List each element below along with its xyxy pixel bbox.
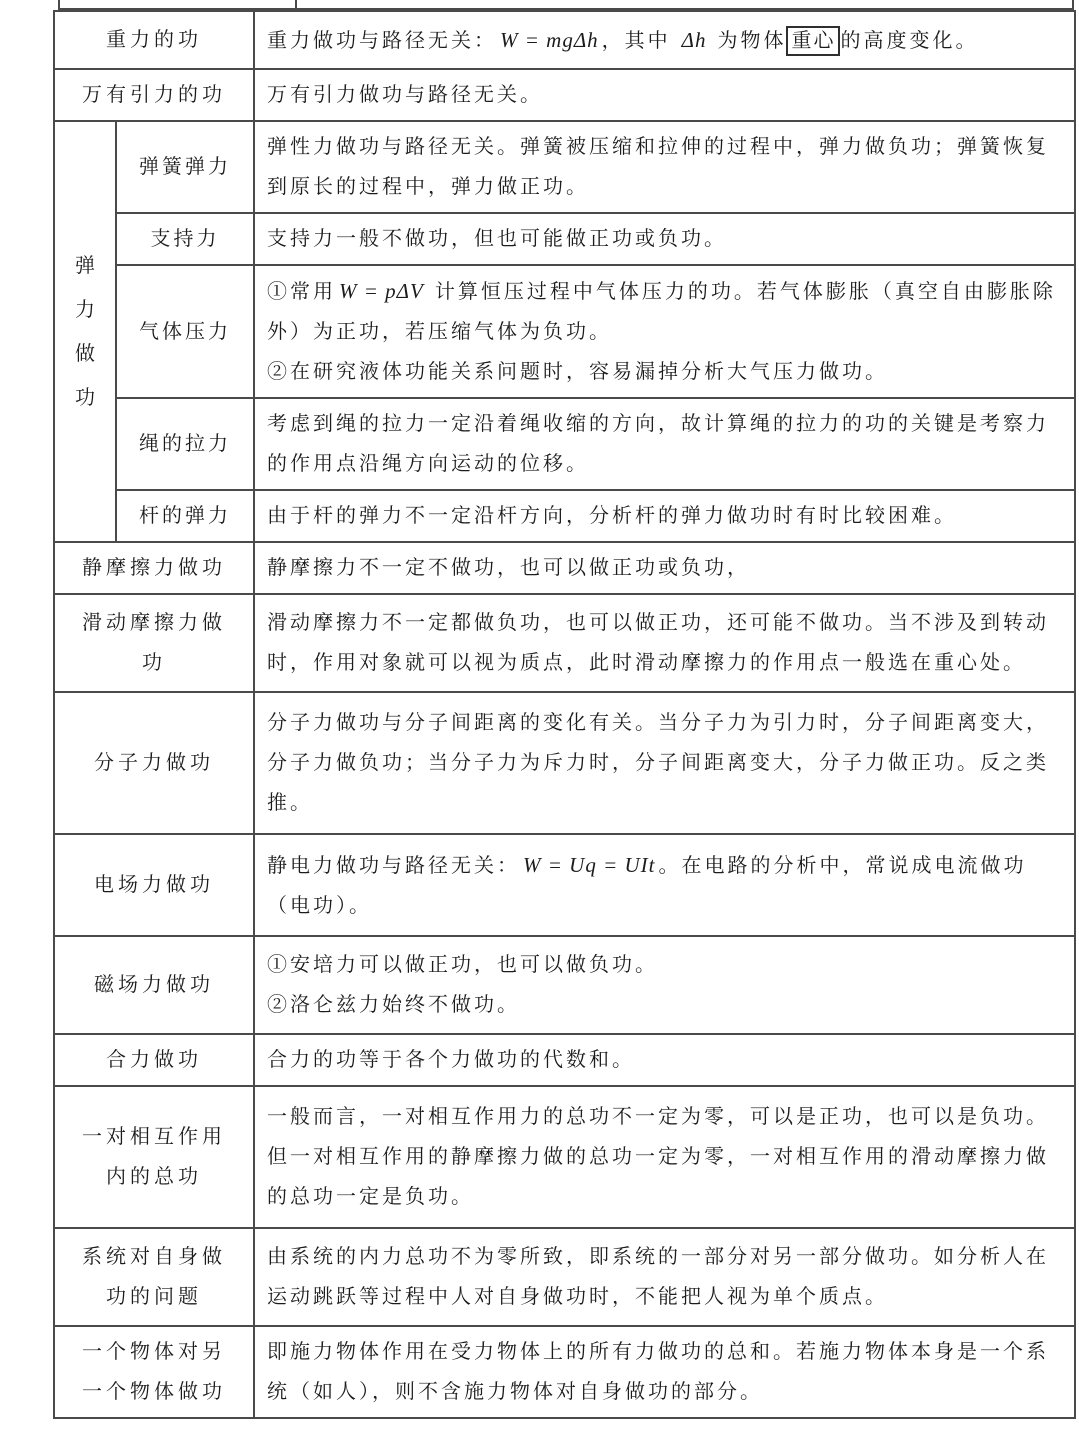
content-paragraph: ①安培力可以做正功，也可以做负功。	[267, 945, 1066, 985]
content-text: 静电力做功与路径无关：	[267, 855, 520, 877]
content-text: 静摩擦力不一定不做功，也可以做正功或负功，	[267, 557, 750, 579]
elastic-group-header: 弹力做功	[54, 121, 116, 542]
content-paragraph: 合力的功等于各个力做功的代数和。	[267, 1040, 1066, 1080]
content-text: 合力的功等于各个力做功的代数和。	[267, 1049, 635, 1071]
physics-formula: Δh	[679, 28, 710, 52]
row-header-gas-pressure: 气体压力	[116, 265, 254, 398]
work-types-table: 重力的功重力做功与路径无关：W = mgΔh，其中 Δh 为物体重心的高度变化。…	[53, 10, 1076, 1419]
content-text: 考虑到绳的拉力一定沿着绳收缩的方向，故计算绳的拉力的功的关键是考察力的作用点沿绳…	[267, 413, 1049, 475]
content-text: 支持力一般不做功，但也可能做正功或负功。	[267, 228, 727, 250]
content-text: 的高度变化。	[840, 30, 978, 52]
content-text: ②在研究液体功能关系问题时，容易漏掉分析大气压力做功。	[267, 361, 888, 383]
content-text: 分子力做功与分子间距离的变化有关。当分子力为引力时，分子间距离变大，分子力做负功…	[267, 712, 1049, 814]
row-header-rope-tension: 绳的拉力	[116, 398, 254, 490]
row-content-electric-force-work: 静电力做功与路径无关：W = Uq = UIt。在电路的分析中，常说成电流做功（…	[254, 834, 1075, 936]
row-content-rope-tension: 考虑到绳的拉力一定沿着绳收缩的方向，故计算绳的拉力的功的关键是考察力的作用点沿绳…	[254, 398, 1075, 490]
content-paragraph: 由系统的内力总功不为零所致，即系统的一部分对另一部分做功。如分析人在运动跳跃等过…	[267, 1237, 1066, 1317]
row-content-interaction-pair-total-work: 一般而言，一对相互作用力的总功不一定为零，可以是正功，也可以是负功。但一对相互作…	[254, 1086, 1075, 1228]
elastic-group-header-char: 弹	[55, 244, 115, 288]
content-text: 弹性力做功与路径无关。弹簧被压缩和拉伸的过程中，弹力做负功；弹簧恢复到原长的过程…	[267, 136, 1049, 198]
row-header-molecular-force-work: 分子力做功	[54, 692, 254, 834]
row-header-sliding-friction-work: 滑动摩擦力做功	[54, 594, 254, 692]
row-content-magnetic-force-work: ①安培力可以做正功，也可以做负功。②洛仑兹力始终不做功。	[254, 936, 1075, 1034]
content-paragraph: 静摩擦力不一定不做功，也可以做正功或负功，	[267, 548, 1066, 588]
content-text: 一般而言，一对相互作用力的总功不一定为零，可以是正功，也可以是负功。但一对相互作…	[267, 1106, 1049, 1208]
table-row-magnetic-force-work: 磁场力做功①安培力可以做正功，也可以做负功。②洛仑兹力始终不做功。	[54, 936, 1075, 1034]
physics-formula: W = Uq = UIt	[520, 853, 659, 877]
row-content-universal-gravitation-work: 万有引力做功与路径无关。	[254, 69, 1075, 121]
content-text: 万有引力做功与路径无关。	[267, 84, 543, 106]
content-text: 重力做功与路径无关：	[267, 30, 497, 52]
content-paragraph: 万有引力做功与路径无关。	[267, 75, 1066, 115]
content-text: ①常用	[267, 281, 336, 303]
row-content-static-friction-work: 静摩擦力不一定不做功，也可以做正功或负功，	[254, 542, 1075, 594]
row-content-spring-force: 弹性力做功与路径无关。弹簧被压缩和拉伸的过程中，弹力做负功；弹簧恢复到原长的过程…	[254, 121, 1075, 213]
row-header-rod-force: 杆的弹力	[116, 490, 254, 542]
content-paragraph: 一般而言，一对相互作用力的总功不一定为零，可以是正功，也可以是负功。但一对相互作…	[267, 1097, 1066, 1217]
row-content-gravity-work: 重力做功与路径无关：W = mgΔh，其中 Δh 为物体重心的高度变化。	[254, 11, 1075, 69]
content-paragraph: ①常用W = pΔV 计算恒压过程中气体压力的功。若气体膨胀（真空自由膨胀除外）…	[267, 271, 1066, 352]
table-row-static-friction-work: 静摩擦力做功静摩擦力不一定不做功，也可以做正功或负功，	[54, 542, 1075, 594]
cropped-row-right-border	[1072, 0, 1074, 8]
table-row-system-self-work: 系统对自身做功的问题由系统的内力总功不为零所致，即系统的一部分对另一部分做功。如…	[54, 1228, 1075, 1326]
row-content-molecular-force-work: 分子力做功与分子间距离的变化有关。当分子力为引力时，分子间距离变大，分子力做负功…	[254, 692, 1075, 834]
cropped-row-divider	[295, 0, 297, 8]
table-row-gravity-work: 重力的功重力做功与路径无关：W = mgΔh，其中 Δh 为物体重心的高度变化。	[54, 11, 1075, 69]
row-content-support-force: 支持力一般不做功，但也可能做正功或负功。	[254, 213, 1075, 265]
row-content-system-self-work: 由系统的内力总功不为零所致，即系统的一部分对另一部分做功。如分析人在运动跳跃等过…	[254, 1228, 1075, 1326]
row-header-magnetic-force-work: 磁场力做功	[54, 936, 254, 1034]
content-text: 滑动摩擦力不一定都做负功，也可以做正功，还可能不做功。当不涉及到转动时，作用对象…	[267, 612, 1049, 674]
content-paragraph: 滑动摩擦力不一定都做负功，也可以做正功，还可能不做功。当不涉及到转动时，作用对象…	[267, 603, 1066, 683]
table-row-rod-force: 杆的弹力由于杆的弹力不一定沿杆方向，分析杆的弹力做功时有时比较困难。	[54, 490, 1075, 542]
content-text: 即施力物体作用在受力物体上的所有力做功的总和。若施力物体本身是一个系统（如人），…	[267, 1341, 1049, 1403]
row-content-rod-force: 由于杆的弹力不一定沿杆方向，分析杆的弹力做功时有时比较困难。	[254, 490, 1075, 542]
table-row-rope-tension: 绳的拉力考虑到绳的拉力一定沿着绳收缩的方向，故计算绳的拉力的功的关键是考察力的作…	[54, 398, 1075, 490]
content-text: 由于杆的弹力不一定沿杆方向，分析杆的弹力做功时有时比较困难。	[267, 505, 957, 527]
content-paragraph: 由于杆的弹力不一定沿杆方向，分析杆的弹力做功时有时比较困难。	[267, 496, 1066, 536]
row-header-universal-gravitation-work: 万有引力的功	[54, 69, 254, 121]
row-header-support-force: 支持力	[116, 213, 254, 265]
row-content-gas-pressure: ①常用W = pΔV 计算恒压过程中气体压力的功。若气体膨胀（真空自由膨胀除外）…	[254, 265, 1075, 398]
row-content-net-force-work: 合力的功等于各个力做功的代数和。	[254, 1034, 1075, 1086]
row-header-net-force-work: 合力做功	[54, 1034, 254, 1086]
row-content-object-on-object-work: 即施力物体作用在受力物体上的所有力做功的总和。若施力物体本身是一个系统（如人），…	[254, 1326, 1075, 1418]
content-paragraph: ②洛仑兹力始终不做功。	[267, 985, 1066, 1025]
elastic-group-header-char: 力	[55, 288, 115, 332]
content-paragraph: 重力做功与路径无关：W = mgΔh，其中 Δh 为物体重心的高度变化。	[267, 20, 1066, 61]
table-row-electric-force-work: 电场力做功静电力做功与路径无关：W = Uq = UIt。在电路的分析中，常说成…	[54, 834, 1075, 936]
content-paragraph: 弹性力做功与路径无关。弹簧被压缩和拉伸的过程中，弹力做负功；弹簧恢复到原长的过程…	[267, 127, 1066, 207]
content-text: 由系统的内力总功不为零所致，即系统的一部分对另一部分做功。如分析人在运动跳跃等过…	[267, 1246, 1049, 1308]
table-row-interaction-pair-total-work: 一对相互作用内的总功一般而言，一对相互作用力的总功不一定为零，可以是正功，也可以…	[54, 1086, 1075, 1228]
row-header-spring-force: 弹簧弹力	[116, 121, 254, 213]
content-paragraph: ②在研究液体功能关系问题时，容易漏掉分析大气压力做功。	[267, 352, 1066, 392]
content-paragraph: 即施力物体作用在受力物体上的所有力做功的总和。若施力物体本身是一个系统（如人），…	[267, 1332, 1066, 1412]
row-header-electric-force-work: 电场力做功	[54, 834, 254, 936]
row-header-system-self-work: 系统对自身做功的问题	[54, 1228, 254, 1326]
table-row-object-on-object-work: 一个物体对另一个物体做功即施力物体作用在受力物体上的所有力做功的总和。若施力物体…	[54, 1326, 1075, 1418]
elastic-group-header-char: 做	[55, 332, 115, 376]
physics-formula: W = pΔV	[336, 279, 427, 303]
content-text: ①安培力可以做正功，也可以做负功。	[267, 954, 658, 976]
row-header-interaction-pair-total-work: 一对相互作用内的总功	[54, 1086, 254, 1228]
row-content-sliding-friction-work: 滑动摩擦力不一定都做负功，也可以做正功，还可能不做功。当不涉及到转动时，作用对象…	[254, 594, 1075, 692]
content-text: 为物体	[709, 30, 786, 52]
table-top-cropped-row	[58, 0, 1074, 10]
document-page: 重力的功重力做功与路径无关：W = mgΔh，其中 Δh 为物体重心的高度变化。…	[0, 0, 1079, 1432]
content-paragraph: 考虑到绳的拉力一定沿着绳收缩的方向，故计算绳的拉力的功的关键是考察力的作用点沿绳…	[267, 404, 1066, 484]
content-text: ，其中	[602, 30, 679, 52]
elastic-group-header-char: 功	[55, 376, 115, 420]
cropped-row-left-border	[58, 0, 60, 8]
work-table-body: 重力的功重力做功与路径无关：W = mgΔh，其中 Δh 为物体重心的高度变化。…	[54, 11, 1075, 1418]
table-row-support-force: 支持力支持力一般不做功，但也可能做正功或负功。	[54, 213, 1075, 265]
physics-formula: W = mgΔh	[497, 28, 602, 52]
table-row-spring-force: 弹力做功弹簧弹力弹性力做功与路径无关。弹簧被压缩和拉伸的过程中，弹力做负功；弹簧…	[54, 121, 1075, 213]
boxed-term: 重心	[786, 26, 840, 56]
table-row-universal-gravitation-work: 万有引力的功万有引力做功与路径无关。	[54, 69, 1075, 121]
content-paragraph: 支持力一般不做功，但也可能做正功或负功。	[267, 219, 1066, 259]
row-header-static-friction-work: 静摩擦力做功	[54, 542, 254, 594]
table-row-net-force-work: 合力做功合力的功等于各个力做功的代数和。	[54, 1034, 1075, 1086]
table-row-gas-pressure: 气体压力①常用W = pΔV 计算恒压过程中气体压力的功。若气体膨胀（真空自由膨…	[54, 265, 1075, 398]
content-text: ②洛仑兹力始终不做功。	[267, 994, 520, 1016]
table-row-sliding-friction-work: 滑动摩擦力做功滑动摩擦力不一定都做负功，也可以做正功，还可能不做功。当不涉及到转…	[54, 594, 1075, 692]
row-header-object-on-object-work: 一个物体对另一个物体做功	[54, 1326, 254, 1418]
table-row-molecular-force-work: 分子力做功分子力做功与分子间距离的变化有关。当分子力为引力时，分子间距离变大，分…	[54, 692, 1075, 834]
content-paragraph: 静电力做功与路径无关：W = Uq = UIt。在电路的分析中，常说成电流做功（…	[267, 845, 1066, 926]
content-paragraph: 分子力做功与分子间距离的变化有关。当分子力为引力时，分子间距离变大，分子力做负功…	[267, 703, 1066, 823]
row-header-gravity-work: 重力的功	[54, 11, 254, 69]
